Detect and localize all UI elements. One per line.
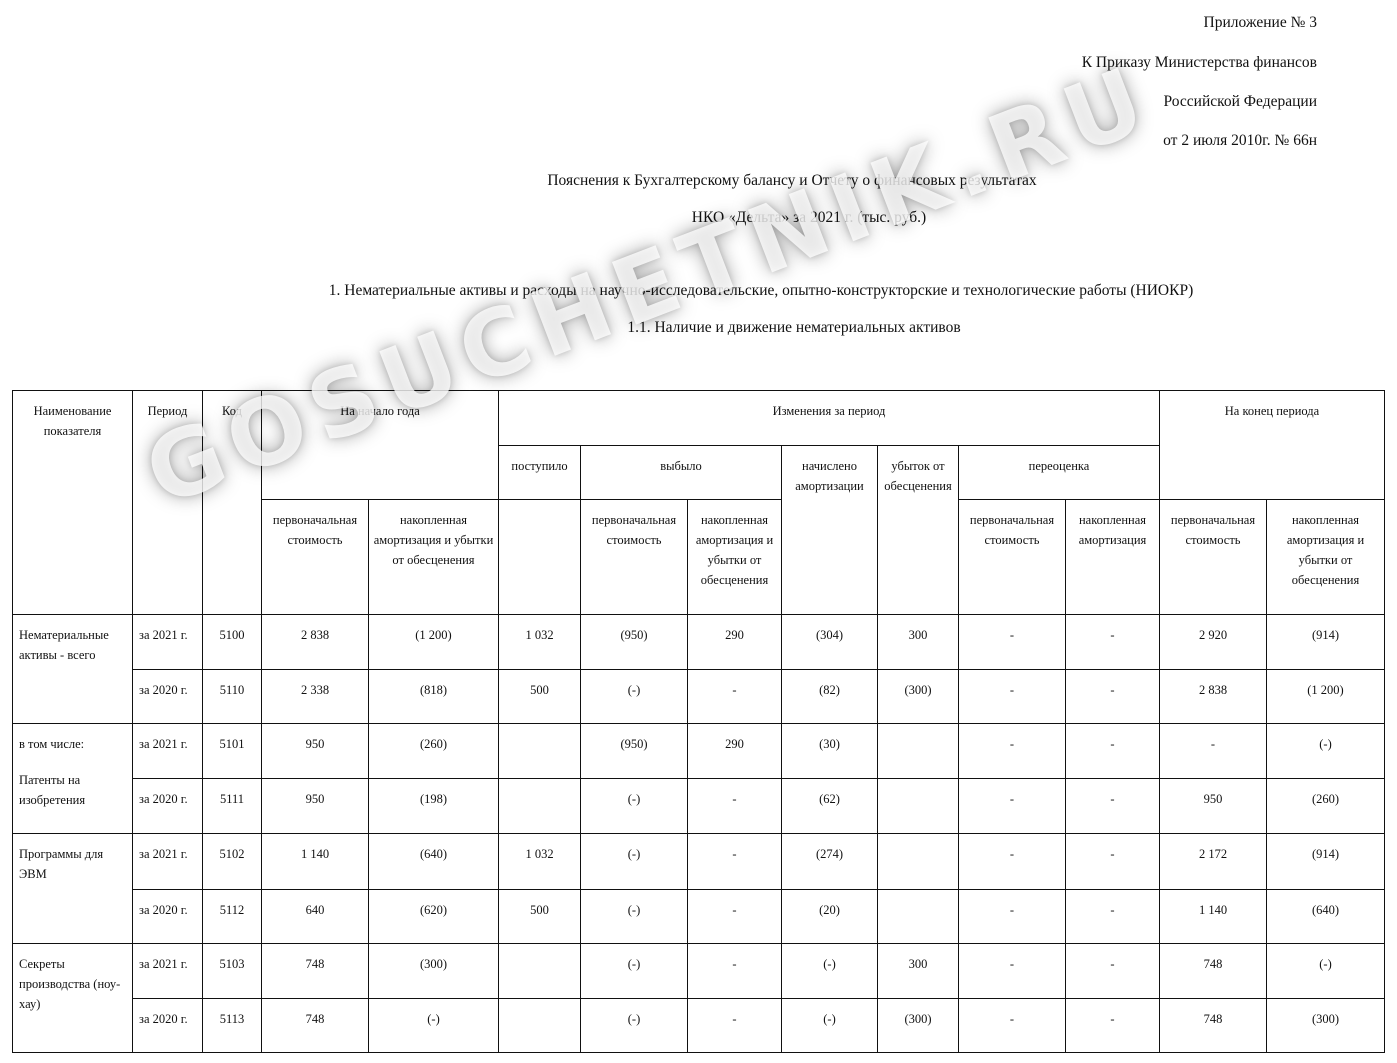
value-cell: 290 (688, 615, 782, 670)
code-cell: 5102 (203, 834, 262, 890)
value-cell: (-) (581, 999, 688, 1053)
value-cell: (-) (581, 890, 688, 944)
header-end-initial-cost: первоначальная стоимость (1160, 500, 1267, 615)
value-cell: 748 (1160, 999, 1267, 1053)
header-disposed: выбыло (581, 446, 782, 500)
header-end-accum-depr: накопленная амортизация и убытки от обес… (1267, 500, 1385, 615)
value-cell: 2 838 (1160, 670, 1267, 724)
header-received: поступило (499, 446, 581, 500)
value-cell: (640) (1267, 890, 1385, 944)
table-row: за 2020 г.5111950(198)(-)-(62)--950(260) (13, 779, 1385, 834)
value-cell: 950 (1160, 779, 1267, 834)
value-cell: - (1066, 615, 1160, 670)
value-cell: 1 140 (262, 834, 369, 890)
value-cell: 300 (878, 615, 959, 670)
period-cell: за 2021 г. (133, 834, 203, 890)
value-cell: (30) (782, 724, 878, 779)
value-cell: 2 338 (262, 670, 369, 724)
value-cell: - (1066, 944, 1160, 999)
value-cell: - (959, 999, 1066, 1053)
value-cell: (-) (581, 944, 688, 999)
value-cell: (1 200) (1267, 670, 1385, 724)
header-depreciation-charged: начислено амортизации (782, 446, 878, 615)
value-cell: (304) (782, 615, 878, 670)
header-end-of-period: На конец периода (1160, 391, 1385, 500)
indicator-name-line1: в том числе: (19, 734, 128, 754)
header-received-sub (499, 500, 581, 615)
period-cell: за 2021 г. (133, 615, 203, 670)
section-heading: 1. Нематериальные активы и расходы на на… (0, 282, 1397, 300)
value-cell: - (688, 890, 782, 944)
table-row: за 2020 г.5113748(-)(-)-(-)(300)--748(30… (13, 999, 1385, 1053)
value-cell: (-) (1267, 724, 1385, 779)
appendix-number: Приложение № 3 (1204, 14, 1317, 32)
value-cell: (950) (581, 724, 688, 779)
value-cell: (82) (782, 670, 878, 724)
value-cell: (-) (581, 779, 688, 834)
value-cell: (640) (369, 834, 499, 890)
value-cell: (818) (369, 670, 499, 724)
table-row: Секреты производства (ноу-хау)за 2021 г.… (13, 944, 1385, 999)
value-cell: 950 (262, 779, 369, 834)
subsection-heading: 1.1. Наличие и движение нематериальных а… (0, 319, 1397, 337)
value-cell: - (1066, 670, 1160, 724)
indicator-name-line1: Программы для ЭВМ (19, 844, 128, 884)
value-cell: - (1066, 834, 1160, 890)
value-cell: - (1066, 999, 1160, 1053)
code-cell: 5110 (203, 670, 262, 724)
code-cell: 5100 (203, 615, 262, 670)
table-body: Нематериальные активы - всегоза 2021 г.5… (13, 615, 1385, 1053)
indicator-name: в том числе:Патенты на изобретения (13, 724, 133, 834)
header-start-accum-depr: накопленная амортизация и убытки от обес… (369, 500, 499, 615)
value-cell (499, 779, 581, 834)
period-cell: за 2020 г. (133, 890, 203, 944)
value-cell: - (688, 834, 782, 890)
value-cell: 1 032 (499, 834, 581, 890)
header-changes: Изменения за период (499, 391, 1160, 446)
table-row: в том числе:Патенты на изобретенияза 202… (13, 724, 1385, 779)
value-cell: - (688, 670, 782, 724)
header-start-initial-cost: первоначальная стоимость (262, 500, 369, 615)
period-cell: за 2020 г. (133, 999, 203, 1053)
document-subtitle: НКО «Дельта» за 2021 г. (тыс. руб.) (0, 209, 1397, 227)
value-cell: - (688, 779, 782, 834)
value-cell: - (1160, 724, 1267, 779)
value-cell: (198) (369, 779, 499, 834)
header-reval-initial-cost: первоначальная стоимость (959, 500, 1066, 615)
period-cell: за 2020 г. (133, 670, 203, 724)
indicator-name-line1: Секреты производства (ноу-хау) (19, 954, 128, 1014)
value-cell: (-) (581, 834, 688, 890)
period-cell: за 2021 г. (133, 944, 203, 999)
value-cell: - (959, 944, 1066, 999)
code-cell: 5113 (203, 999, 262, 1053)
value-cell: (274) (782, 834, 878, 890)
value-cell (499, 724, 581, 779)
period-cell: за 2021 г. (133, 724, 203, 779)
value-cell: 748 (262, 999, 369, 1053)
value-cell: (914) (1267, 615, 1385, 670)
order-reference: К Приказу Министерства финансов (1082, 54, 1317, 72)
code-cell: 5103 (203, 944, 262, 999)
value-cell: (300) (878, 670, 959, 724)
value-cell (878, 724, 959, 779)
value-cell: 290 (688, 724, 782, 779)
value-cell: (-) (581, 670, 688, 724)
value-cell: (-) (782, 999, 878, 1053)
value-cell: 1 140 (1160, 890, 1267, 944)
header-disposed-initial-cost: первоначальная стоимость (581, 500, 688, 615)
value-cell: (20) (782, 890, 878, 944)
value-cell: (-) (369, 999, 499, 1053)
header-impairment-loss: убыток от обесценения (878, 446, 959, 615)
value-cell: (1 200) (369, 615, 499, 670)
value-cell: 500 (499, 890, 581, 944)
period-cell: за 2020 г. (133, 779, 203, 834)
indicator-name: Программы для ЭВМ (13, 834, 133, 944)
value-cell: - (1066, 890, 1160, 944)
value-cell: (62) (782, 779, 878, 834)
value-cell: - (1066, 724, 1160, 779)
value-cell: (300) (369, 944, 499, 999)
code-cell: 5101 (203, 724, 262, 779)
value-cell: (300) (878, 999, 959, 1053)
value-cell: (260) (1267, 779, 1385, 834)
value-cell: - (959, 724, 1066, 779)
table-row: Нематериальные активы - всегоза 2021 г.5… (13, 615, 1385, 670)
value-cell: (950) (581, 615, 688, 670)
value-cell: 748 (1160, 944, 1267, 999)
value-cell (499, 944, 581, 999)
header-name: Наименование показателя (13, 391, 133, 615)
value-cell: (914) (1267, 834, 1385, 890)
code-cell: 5112 (203, 890, 262, 944)
intangible-assets-table: Наименование показателя Период Код На на… (12, 390, 1385, 1053)
indicator-name-line1: Нематериальные активы - всего (19, 625, 128, 665)
value-cell: - (688, 944, 782, 999)
value-cell: - (959, 834, 1066, 890)
value-cell: - (959, 615, 1066, 670)
value-cell (878, 890, 959, 944)
value-cell: 300 (878, 944, 959, 999)
value-cell: (300) (1267, 999, 1385, 1053)
value-cell: - (1066, 779, 1160, 834)
value-cell (878, 779, 959, 834)
code-cell: 5111 (203, 779, 262, 834)
value-cell: - (959, 890, 1066, 944)
value-cell: - (688, 999, 782, 1053)
header-start-of-year: На начало года (262, 391, 499, 500)
header-code: Код (203, 391, 262, 615)
indicator-name: Нематериальные активы - всего (13, 615, 133, 724)
value-cell: 640 (262, 890, 369, 944)
table-row: за 2020 г.51102 338(818)500(-)-(82)(300)… (13, 670, 1385, 724)
header-revaluation: переоценка (959, 446, 1160, 500)
value-cell: - (959, 670, 1066, 724)
value-cell: (260) (369, 724, 499, 779)
document-title: Пояснения к Бухгалтерскому балансу и Отч… (0, 172, 1397, 190)
value-cell (499, 999, 581, 1053)
value-cell: (620) (369, 890, 499, 944)
value-cell: 2 838 (262, 615, 369, 670)
value-cell: 2 920 (1160, 615, 1267, 670)
indicator-name-line2: Патенты на изобретения (19, 770, 128, 810)
header-reval-accum-depr: накопленная амортизация (1066, 500, 1160, 615)
indicator-name: Секреты производства (ноу-хау) (13, 944, 133, 1053)
value-cell (878, 834, 959, 890)
value-cell: 950 (262, 724, 369, 779)
value-cell: - (959, 779, 1066, 834)
value-cell: (-) (782, 944, 878, 999)
order-date: от 2 июля 2010г. № 66н (1163, 132, 1317, 150)
value-cell: 500 (499, 670, 581, 724)
value-cell: 2 172 (1160, 834, 1267, 890)
header-disposed-accum-depr: накопленная амортизация и убытки от обес… (688, 500, 782, 615)
table-row: Программы для ЭВМза 2021 г.51021 140(640… (13, 834, 1385, 890)
issuer-name: Российской Федерации (1164, 93, 1317, 111)
header-period: Период (133, 391, 203, 615)
value-cell: 748 (262, 944, 369, 999)
value-cell: (-) (1267, 944, 1385, 999)
value-cell: 1 032 (499, 615, 581, 670)
table-row: за 2020 г.5112640(620)500(-)-(20)--1 140… (13, 890, 1385, 944)
